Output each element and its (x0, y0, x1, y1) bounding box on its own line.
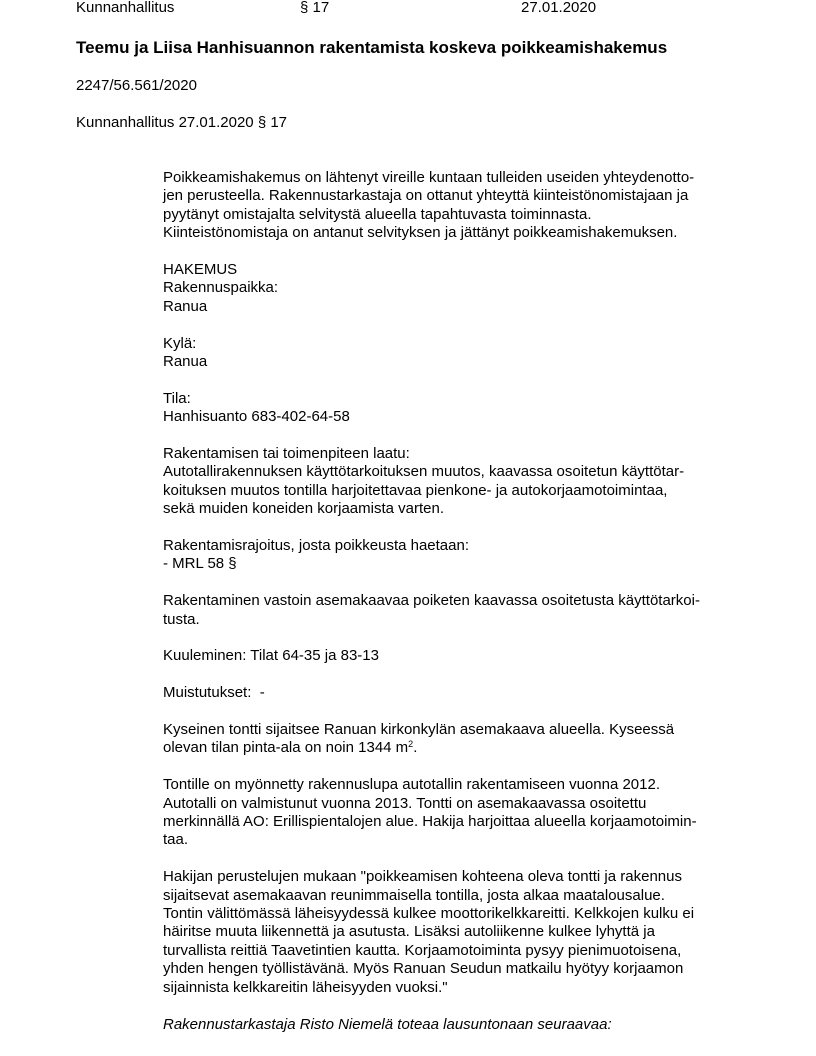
header-section: § 17 (300, 0, 329, 18)
document-title: Teemu ja Liisa Hanhisuannon rakentamista… (76, 37, 667, 59)
site-label: Rakennuspaikka: (163, 279, 763, 297)
hearing-paragraph: Kuuleminen: Tilat 64-35 ja 83-13 (163, 647, 763, 665)
estate-value: Hanhisuanto 683-402-64-58 (163, 408, 763, 426)
village-value: Ranua (163, 353, 763, 371)
document-body: Poikkeamishakemus on lähtenyt vireille k… (163, 169, 763, 1034)
document-id: 2247/56.561/2020 (76, 76, 197, 96)
estate-block: Tila: Hanhisuanto 683-402-64-58 (163, 390, 763, 427)
meeting-reference: Kunnanhallitus 27.01.2020 § 17 (76, 113, 287, 133)
estate-label: Tila: (163, 390, 763, 408)
restriction-value: - MRL 58 § (163, 555, 763, 573)
site-value: Ranua (163, 298, 763, 316)
restriction-block: Rakentamisrajoitus, josta poikkeusta hae… (163, 537, 763, 574)
location-paragraph: Kyseinen tontti sijaitsee Ranuan kirkonk… (163, 721, 763, 758)
restriction-label: Rakentamisrajoitus, josta poikkeusta hae… (163, 537, 763, 555)
village-block: Kylä: Ranua (163, 335, 763, 372)
village-label: Kylä: (163, 335, 763, 353)
justification-paragraph: Hakijan perustelujen mukaan "poikkeamise… (163, 868, 763, 997)
header-organ: Kunnanhallitus (76, 0, 174, 18)
nature-label: Rakentamisen tai toimenpiteen laatu: (163, 445, 763, 463)
inspector-statement: Rakennustarkastaja Risto Niemelä toteaa … (163, 1016, 763, 1034)
deviation-paragraph: Rakentaminen vastoin asemakaavaa poikete… (163, 592, 763, 629)
intro-paragraph: Poikkeamishakemus on lähtenyt vireille k… (163, 169, 763, 243)
permit-history-paragraph: Tontille on myönnetty rakennuslupa autot… (163, 776, 763, 850)
nature-block: Rakentamisen tai toimenpiteen laatu: Aut… (163, 445, 763, 519)
application-heading: HAKEMUS (163, 261, 763, 279)
header-date: 27.01.2020 (521, 0, 596, 18)
remarks-paragraph: Muistutukset: - (163, 684, 763, 702)
application-block: HAKEMUS Rakennuspaikka: Ranua (163, 261, 763, 316)
